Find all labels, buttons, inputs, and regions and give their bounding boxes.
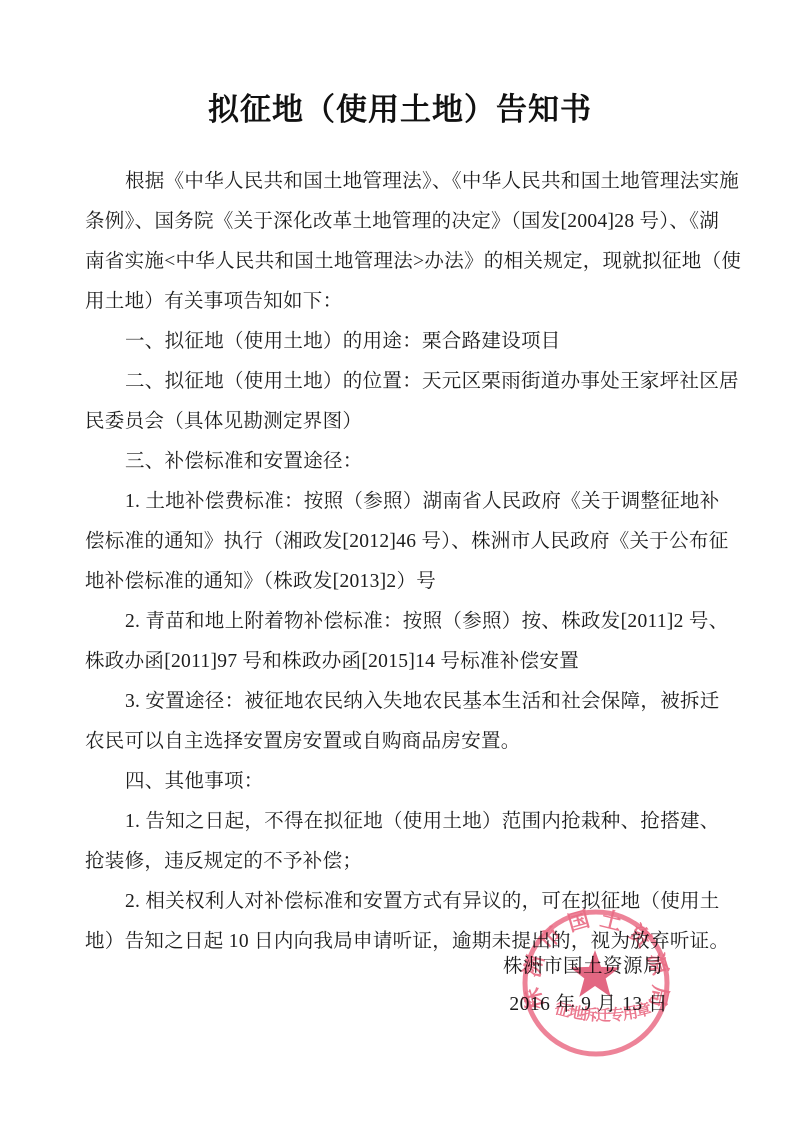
body-lines: 根据《中华人民共和国土地管理法》、《中华人民共和国土地管理法实施条例》、国务院《…: [85, 162, 719, 962]
body-line: 条例》、国务院《关于深化改革土地管理的决定》（国发[2004]28 号）、《湖: [85, 202, 719, 242]
body-line: 二、拟征地（使用土地）的位置：天元区栗雨街道办事处王家坪社区居: [85, 362, 719, 402]
body-line: 1. 土地补偿费标准：按照（参照）湖南省人民政府《关于调整征地补: [85, 482, 719, 522]
body-line: 用土地）有关事项告知如下：: [85, 282, 719, 322]
body-line: 一、拟征地（使用土地）的用途：栗合路建设项目: [85, 322, 719, 362]
body-line: 株政办函[2011]97 号和株政办函[2015]14 号标准补偿安置: [85, 642, 719, 682]
body-line: 1. 告知之日起，不得在拟征地（使用土地）范围内抢栽种、抢搭建、: [85, 802, 719, 842]
signature-date: 2016 年 9 月 13 日: [503, 986, 668, 1024]
body-line: 抢装修，违反规定的不予补偿；: [85, 842, 719, 882]
document-title: 拟征地（使用土地）告知书: [0, 84, 800, 129]
signature-org: 株洲市国土资源局: [503, 948, 668, 986]
body-line: 南省实施<中华人民共和国土地管理法>办法》的相关规定，现就拟征地（使: [85, 242, 719, 282]
signature-block: 株洲市国土资源局 2016 年 9 月 13 日: [503, 948, 668, 1024]
body-line: 根据《中华人民共和国土地管理法》、《中华人民共和国土地管理法实施: [85, 162, 719, 202]
body-line: 3. 安置途径：被征地农民纳入失地农民基本生活和社会保障，被拆迁: [85, 682, 719, 722]
body-line: 2. 青苗和地上附着物补偿标准：按照（参照）按、株政发[2011]2 号、: [85, 602, 719, 642]
body-line: 偿标准的通知》执行（湘政发[2012]46 号）、株洲市人民政府《关于公布征: [85, 522, 719, 562]
body-line: 地补偿标准的通知》（株政发[2013]2）号: [85, 562, 719, 602]
body-line: 农民可以自主选择安置房安置或自购商品房安置。: [85, 722, 719, 762]
body-line: 三、补偿标准和安置途径：: [85, 442, 719, 482]
document-page: 拟征地（使用土地）告知书 根据《中华人民共和国土地管理法》、《中华人民共和国土地…: [0, 0, 800, 1131]
body-line: 民委员会（具体见勘测定界图）: [85, 402, 719, 442]
body-line: 2. 相关权利人对补偿标准和安置方式有异议的，可在拟征地（使用土: [85, 882, 719, 922]
body-line: 四、其他事项：: [85, 762, 719, 802]
